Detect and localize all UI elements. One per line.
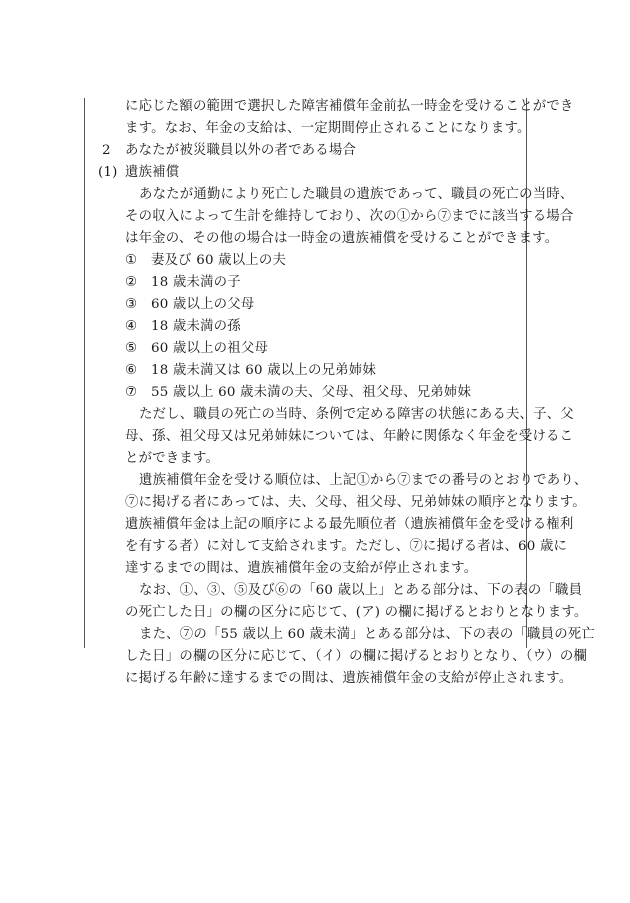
text-line: また、⑦の「55 歳以上 60 歳未満」とある部分は、下の表の「職員の死亡 bbox=[96, 624, 516, 646]
continuation-paragraph: に応じた額の範囲で選択した障害補償年金前払一時金を受けることができ ます。なお、… bbox=[96, 96, 516, 140]
intro-paragraph: あなたが通勤により死亡した職員の遺族であって、職員の死亡の当時、 その収入によっ… bbox=[96, 184, 516, 250]
item-text: 18 歳未満又は 60 歳以上の兄弟姉妹 bbox=[151, 363, 376, 378]
subsection-heading: (1)遺族補償 bbox=[96, 162, 516, 184]
list-item: ③60 歳以上の父母 bbox=[96, 294, 516, 316]
item-text: 妻及び 60 歳以上の夫 bbox=[151, 253, 286, 268]
text-line: なお、①、③、⑤及び⑥の「60 歳以上」とある部分は、下の表の「職員 bbox=[96, 580, 516, 602]
item-number: ① bbox=[125, 250, 151, 272]
subsection-number: (1) bbox=[98, 162, 125, 184]
list-item: ⑤60 歳以上の祖父母 bbox=[96, 338, 516, 360]
text-line: その収入によって生計を維持しており、次の①から⑦までに該当する場合 bbox=[96, 206, 516, 228]
item-number: ⑥ bbox=[125, 360, 151, 382]
subsection-title: 遺族補償 bbox=[125, 165, 179, 180]
eligibility-list: ①妻及び 60 歳以上の夫 ②18 歳未満の子 ③60 歳以上の父母 ④18 歳… bbox=[96, 250, 516, 404]
item-number: ⑦ bbox=[125, 382, 151, 404]
item-number: ④ bbox=[125, 316, 151, 338]
item-text: 60 歳以上の祖父母 bbox=[151, 341, 268, 356]
item-number: ③ bbox=[125, 294, 151, 316]
item-number: ⑤ bbox=[125, 338, 151, 360]
text-line: 遺族補償年金は上記の順序による最先順位者（遺族補償年金を受ける権利 bbox=[96, 514, 516, 536]
text-line: ます。なお、年金の支給は、一定期間停止されることになります。 bbox=[96, 118, 516, 140]
list-item: ①妻及び 60 歳以上の夫 bbox=[96, 250, 516, 272]
disability-paragraph: ただし、職員の死亡の当時、条例で定める障害の状態にある夫、子、父 母、孫、祖父母… bbox=[96, 404, 516, 470]
text-line: に応じた額の範囲で選択した障害補償年金前払一時金を受けることができ bbox=[96, 96, 516, 118]
text-line: は年金の、その他の場合は一時金の遺族補償を受けることができます。 bbox=[96, 228, 516, 250]
list-item: ⑥18 歳未満又は 60 歳以上の兄弟姉妹 bbox=[96, 360, 516, 382]
text-line: の死亡した日」の欄の区分に応じて、(ア) の欄に掲げるとおりとなります。 bbox=[96, 602, 516, 624]
order-paragraph: 遺族補償年金を受ける順位は、上記①から⑦までの番号のとおりであり、 ⑦に掲げる者… bbox=[96, 470, 516, 580]
section-number: 2 bbox=[102, 140, 125, 162]
list-item: ⑦55 歳以上 60 歳未満の夫、父母、祖父母、兄弟姉妹 bbox=[96, 382, 516, 404]
text-line: 遺族補償年金を受ける順位は、上記①から⑦までの番号のとおりであり、 bbox=[96, 470, 516, 492]
list-item: ②18 歳未満の子 bbox=[96, 272, 516, 294]
item-text: 18 歳未満の子 bbox=[151, 275, 241, 290]
section-title: あなたが被災職員以外の者である場合 bbox=[125, 143, 356, 158]
text-line: ただし、職員の死亡の当時、条例で定める障害の状態にある夫、子、父 bbox=[96, 404, 516, 426]
item-text: 55 歳以上 60 歳未満の夫、父母、祖父母、兄弟姉妹 bbox=[151, 385, 471, 400]
text-line: した日」の欄の区分に応じて、（イ）の欄に掲げるとおりとなり、（ウ）の欄 bbox=[96, 646, 516, 668]
text-line: を有する者）に対して支給されます。ただし、⑦に掲げる者は、60 歳に bbox=[96, 536, 516, 558]
item-text: 60 歳以上の父母 bbox=[151, 297, 254, 312]
text-line: 達するまでの間は、遺族補償年金の支給が停止されます。 bbox=[96, 558, 516, 580]
item-text: 18 歳未満の孫 bbox=[151, 319, 241, 334]
document-body: に応じた額の範囲で選択した障害補償年金前払一時金を受けることができ ます。なお、… bbox=[96, 96, 516, 690]
section-heading: 2あなたが被災職員以外の者である場合 bbox=[96, 140, 516, 162]
text-line: に掲げる年齢に達するまでの間は、遺族補償年金の支給が停止されます。 bbox=[96, 668, 516, 690]
note-paragraph-1: なお、①、③、⑤及び⑥の「60 歳以上」とある部分は、下の表の「職員 の死亡した… bbox=[96, 580, 516, 624]
text-line: とができます。 bbox=[96, 448, 516, 470]
text-line: 母、孫、祖父母又は兄弟姉妹については、年齢に関係なく年金を受けるこ bbox=[96, 426, 516, 448]
note-paragraph-2: また、⑦の「55 歳以上 60 歳未満」とある部分は、下の表の「職員の死亡 した… bbox=[96, 624, 516, 690]
text-line: ⑦に掲げる者にあっては、夫、父母、祖父母、兄弟姉妹の順序となります。 bbox=[96, 492, 516, 514]
text-line: あなたが通勤により死亡した職員の遺族であって、職員の死亡の当時、 bbox=[96, 184, 516, 206]
item-number: ② bbox=[125, 272, 151, 294]
list-item: ④18 歳未満の孫 bbox=[96, 316, 516, 338]
